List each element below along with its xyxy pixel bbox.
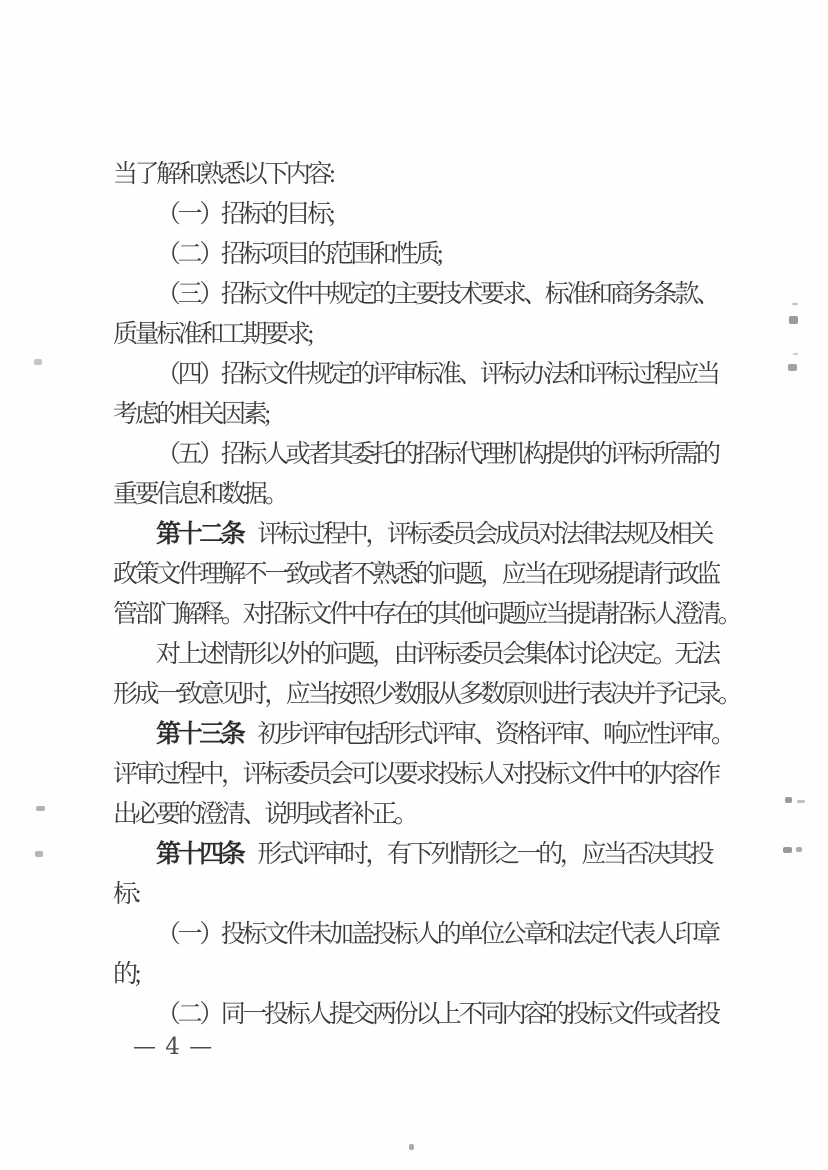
document-page: 当了解和熟悉以下内容: （一）招标的目标; （二）招标项目的范围和性质; （三）… [0,0,828,1170]
scan-speck [789,316,798,324]
line-text: 质量标准和工期要求; [113,321,311,348]
text-line: 第十二条评标过程中，评标委员会成员对法律法规及相关 [113,515,725,555]
line-text: （一）投标文件未加盖投标人的单位公章和法定代表人印章 [156,921,718,948]
text-line: 重要信息和数据。 [113,475,725,515]
article-number: 第十四条 [156,841,242,868]
line-text: 出必要的澄清、说明或者补正。 [113,801,415,828]
scan-speck [409,1144,414,1150]
text-line: （一）招标的目标; [113,195,725,235]
text-line: 质量标准和工期要求; [113,315,725,355]
line-text: 标: [113,881,138,908]
scan-speck [788,364,797,371]
text-line: （二）招标项目的范围和性质; [113,235,725,275]
text-line: 形成一致意见时，应当按照少数服从多数原则进行表决并予记录。 [113,675,725,715]
line-text: 评标过程中，评标委员会成员对法律法规及相关 [257,521,711,548]
document-body: 当了解和熟悉以下内容: （一）招标的目标; （二）招标项目的范围和性质; （三）… [113,155,725,1035]
line-text: （三）招标文件中规定的主要技术要求、标准和商务条款、 [156,281,718,308]
text-line: 第十三条初步评审包括形式评审、资格评审、响应性评审。 [113,715,725,755]
page-number: — 4 — [133,1032,213,1062]
text-line: 考虑的相关因素; [113,395,725,435]
text-line: 管部门解释。对招标文件中存在的其他问题应当提请招标人澄清。 [113,595,725,635]
article-number: 第十三条 [156,721,242,748]
scan-speck [792,303,798,305]
text-line: 对上述情形以外的问题，由评标委员会集体讨论决定。无法 [113,635,725,675]
text-line: （四）招标文件规定的评审标准、评标办法和评标过程应当 [113,355,725,395]
line-text: （一）招标的目标; [156,201,332,228]
article-number: 第十二条 [156,521,242,548]
text-line: 的; [113,955,725,995]
line-text: 对上述情形以外的问题，由评标委员会集体讨论决定。无法 [156,641,718,668]
text-line: （五）招标人或者其委托的招标代理机构提供的评标所需的 [113,435,725,475]
line-text: 初步评审包括形式评审、资格评审、响应性评审。 [257,721,732,748]
scan-speck [36,806,45,811]
line-text: （四）招标文件规定的评审标准、评标办法和评标过程应当 [156,361,718,388]
text-line: 政策文件理解不一致或者不熟悉的问题，应当在现场提请行政监 [113,555,725,595]
text-line: 标: [113,875,725,915]
scan-speck [797,800,805,803]
line-text: 评审过程中，评标委员会可以要求投标人对投标文件中的内容作 [113,761,718,788]
text-line: （二）同一投标人提交两份以上不同内容的投标文件或者投 [113,995,725,1035]
text-line: （一）投标文件未加盖投标人的单位公章和法定代表人印章 [113,915,725,955]
text-line: 评审过程中，评标委员会可以要求投标人对投标文件中的内容作 [113,755,725,795]
line-text: 的; [113,961,138,988]
line-text: 形成一致意见时，应当按照少数服从多数原则进行表决并予记录。 [113,681,739,708]
scan-speck [785,797,792,803]
line-text: （二）同一投标人提交两份以上不同内容的投标文件或者投 [156,1001,718,1028]
text-line: 第十四条形式评审时，有下列情形之一的，应当否决其投 [113,835,725,875]
text-line: 出必要的澄清、说明或者补正。 [113,795,725,835]
scan-speck [783,847,792,853]
line-text: （五）招标人或者其委托的招标代理机构提供的评标所需的 [156,441,718,468]
scan-speck [793,353,798,355]
line-text: 当了解和熟悉以下内容: [113,161,333,188]
scan-speck [796,847,802,852]
text-line: （三）招标文件中规定的主要技术要求、标准和商务条款、 [113,275,725,315]
line-text: 管部门解释。对招标文件中存在的其他问题应当提请招标人澄清。 [113,601,739,628]
scan-speck [35,851,43,857]
line-text: 政策文件理解不一致或者不熟悉的问题，应当在现场提请行政监 [113,561,718,588]
line-text: 形式评审时，有下列情形之一的，应当否决其投 [257,841,711,868]
text-line: 当了解和熟悉以下内容: [113,155,725,195]
line-text: 重要信息和数据。 [113,481,286,508]
line-text: 考虑的相关因素; [113,401,268,428]
line-text: （二）招标项目的范围和性质; [156,241,440,268]
scan-speck [34,359,42,365]
